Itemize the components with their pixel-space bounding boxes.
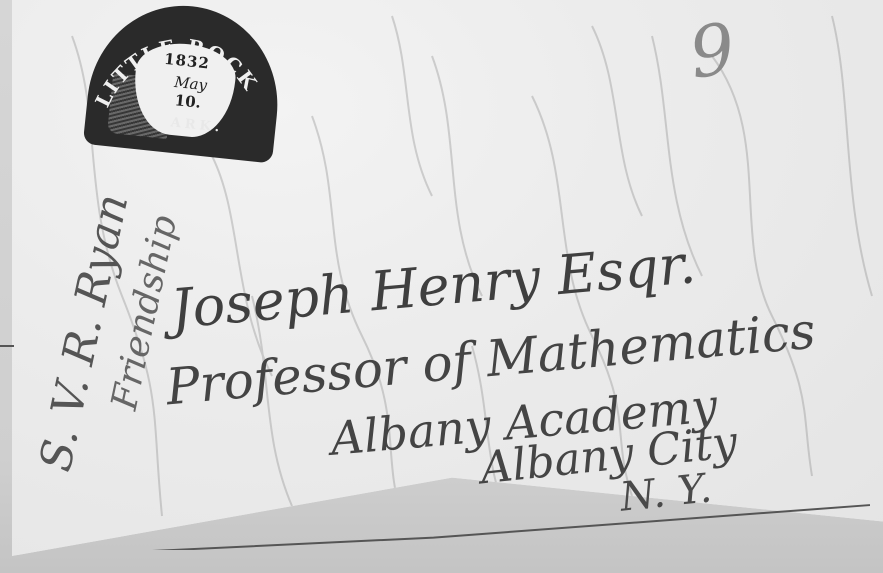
postmark-day: 10. xyxy=(164,90,202,112)
fold-mark xyxy=(0,345,14,347)
little-rock-postmark: LITTLE ROCK 1832 May 10. ARK. xyxy=(90,6,280,154)
address-state: N. Y. xyxy=(618,465,714,520)
postmark-year: 1832 xyxy=(163,50,210,73)
cover-bottom-edge xyxy=(0,470,870,550)
